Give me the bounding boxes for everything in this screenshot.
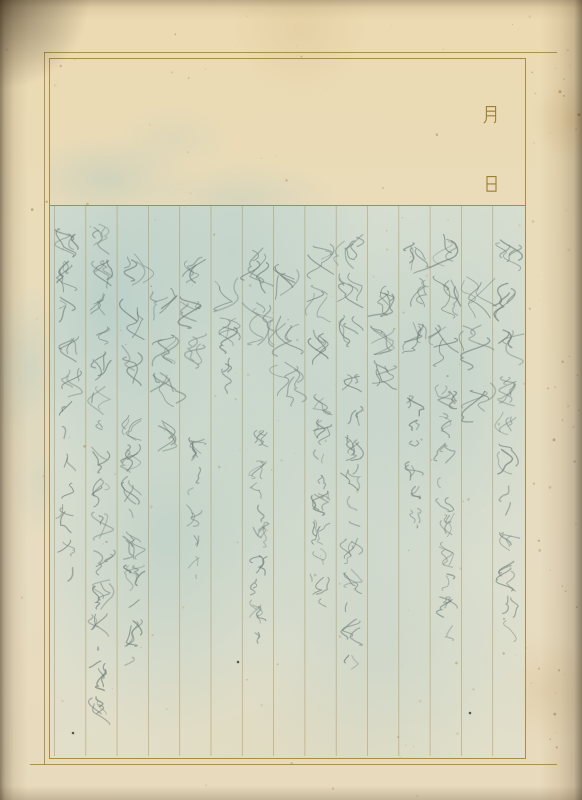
outer-border-left [44, 52, 45, 765]
header-box [50, 59, 525, 206]
outer-border-top [44, 52, 557, 53]
outer-border-bottom [30, 764, 557, 765]
month-label [483, 105, 498, 128]
page-frame [49, 58, 526, 759]
day-label [485, 175, 498, 197]
ruled-writing-area [50, 206, 525, 758]
manuscript-page [0, 0, 582, 800]
